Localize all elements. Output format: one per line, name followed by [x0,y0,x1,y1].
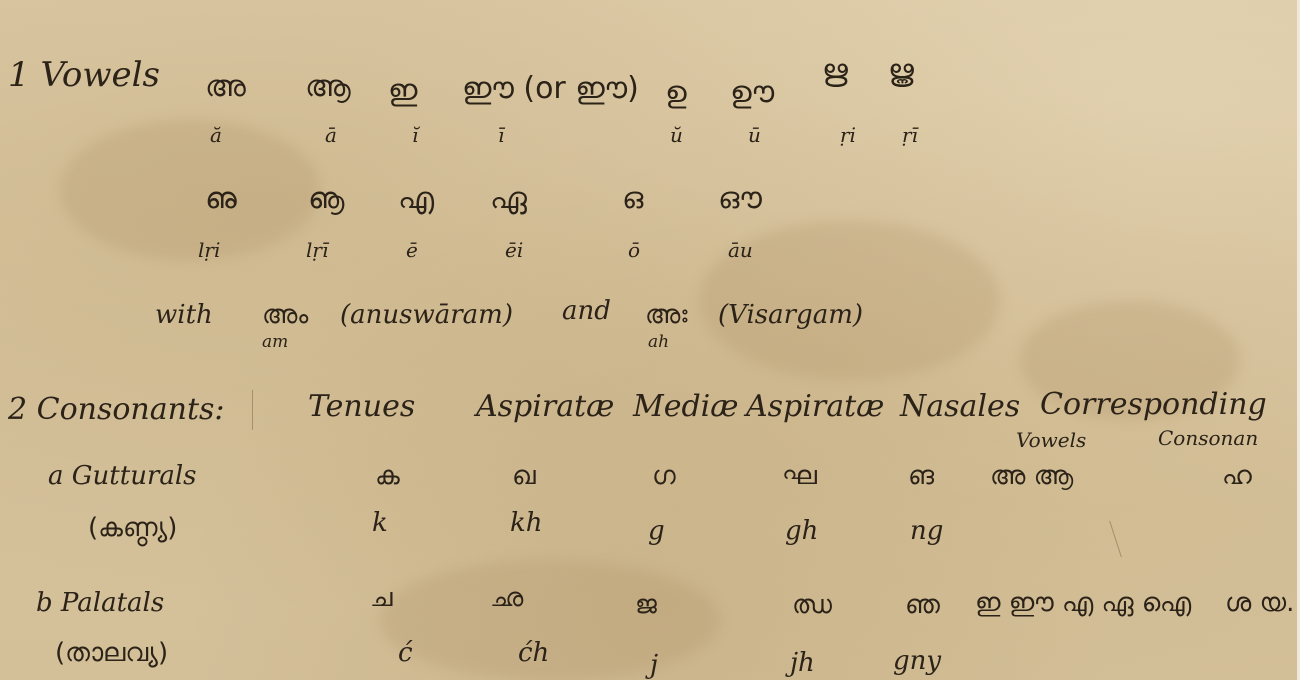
vowel-glyph: ഔ [718,184,762,214]
row-letter: b [36,588,53,618]
translit: ō [628,240,640,260]
row-label: a Gutturals [48,463,197,489]
consonant-glyph: ഞ [905,592,940,618]
col-header-aspiratae-2: Aspiratæ [746,392,884,422]
vowel-glyph: ആ [305,72,351,102]
translit: g [648,518,665,544]
col-header-aspiratae: Aspiratæ [476,392,614,422]
anusvaram-glyph: അം [262,302,308,328]
translit: ć [398,640,413,666]
row-native-name: (കണ്ഠ്യ) [88,515,177,541]
consonant-glyph: ഖ [512,463,536,489]
subcol-vowels: Vowels [1016,430,1086,450]
row-name: Palatals [61,588,164,618]
consonant-glyph: ഗ [652,463,676,489]
translit: āu [728,240,753,260]
vowel-glyph: ഒ [622,184,643,214]
section1-title: Vowels [40,55,159,95]
translit: ĭ [412,125,418,145]
subcol-consonants: Consonan [1158,428,1258,448]
translit: ē [406,240,418,260]
row-name: Gutturals [72,461,197,491]
translit: j [650,652,658,678]
vowel-glyph: ൡ [308,184,344,214]
vowel-glyph: ഊ [730,78,774,108]
vowel-glyph: ഌ [205,184,237,214]
section1-number: 1 [8,55,30,95]
with-label: with [155,302,213,328]
visargam-label: (Visargam) [718,302,863,328]
column-divider [252,390,253,430]
consonant-glyph: ക [375,463,400,489]
translit: gh [785,518,818,544]
visargam-translit: ah [648,334,669,351]
and-label: and [562,298,611,324]
consonant-glyph: ജ [635,592,657,618]
translit: ṛi [840,125,856,145]
vowel-glyph: ൠ [888,56,914,86]
translit: lṛi [198,240,220,260]
consonant-glyph: ഘ [782,463,817,489]
corresponding-vowels: അ ആ [990,463,1073,489]
col-header-corresponding: Corresponding [1040,390,1267,420]
pen-stroke [1109,521,1122,557]
translit: ng [910,518,943,544]
translit: ă [210,125,222,145]
translit: ṛī [902,125,918,145]
paper-stain [60,120,320,260]
col-header-nasales: Nasales [900,392,1020,422]
translit: gny [893,648,941,674]
vowel-glyph: അ [205,72,246,102]
translit: ū [748,125,761,145]
col-header-tenues: Tenues [308,392,415,422]
translit: lṛī [306,240,328,260]
manuscript-page: 1 Vowels അ ആ ഇ ഈ (or ഈ) ഉ ഊ ഋ ൠ ă ā ĭ ī … [0,0,1300,683]
row-native-name: (താലവ്യ) [55,640,168,666]
vowel-glyph: ഉ [665,78,687,108]
section2-heading: 2 Consonants: [8,395,225,425]
translit: jh [790,650,815,676]
section2-number: 2 [8,392,27,427]
corresponding-consonant: ശ യ. [1225,590,1294,616]
anusvaram-translit: am [262,334,288,351]
row-letter: a [48,461,64,491]
translit: ćh [518,640,549,666]
vowel-glyph: ഈ (or ഈ) [462,74,639,104]
consonant-glyph: ഛ [490,585,523,611]
section1-heading: 1 Vowels [8,58,160,92]
corresponding-consonant: ഹ [1222,463,1252,489]
translit: ī [498,125,504,145]
translit: ēi [505,240,523,260]
translit: ā [325,125,337,145]
vowel-glyph: ഏ [490,184,527,214]
translit: k [372,510,388,536]
consonant-glyph: ഝ [792,592,832,618]
vowel-glyph: ഇ [388,76,417,106]
row-label: b Palatals [36,590,164,616]
visargam-glyph: അഃ [645,302,687,328]
section2-title: Consonants: [37,392,225,427]
vowel-glyph: ഋ [822,56,848,86]
anusvaram-label: (anuswāram) [340,302,513,328]
consonant-glyph: ച [370,585,393,611]
consonant-glyph: ങ [908,463,934,489]
translit: kh [510,510,543,536]
translit: ŭ [670,125,683,145]
paper-stain [380,560,720,680]
col-header-mediae: Mediæ [633,392,738,422]
vowel-glyph: എ [398,184,434,214]
corresponding-vowels: ഇ ഈ എ ഏ ഐ [975,590,1191,616]
